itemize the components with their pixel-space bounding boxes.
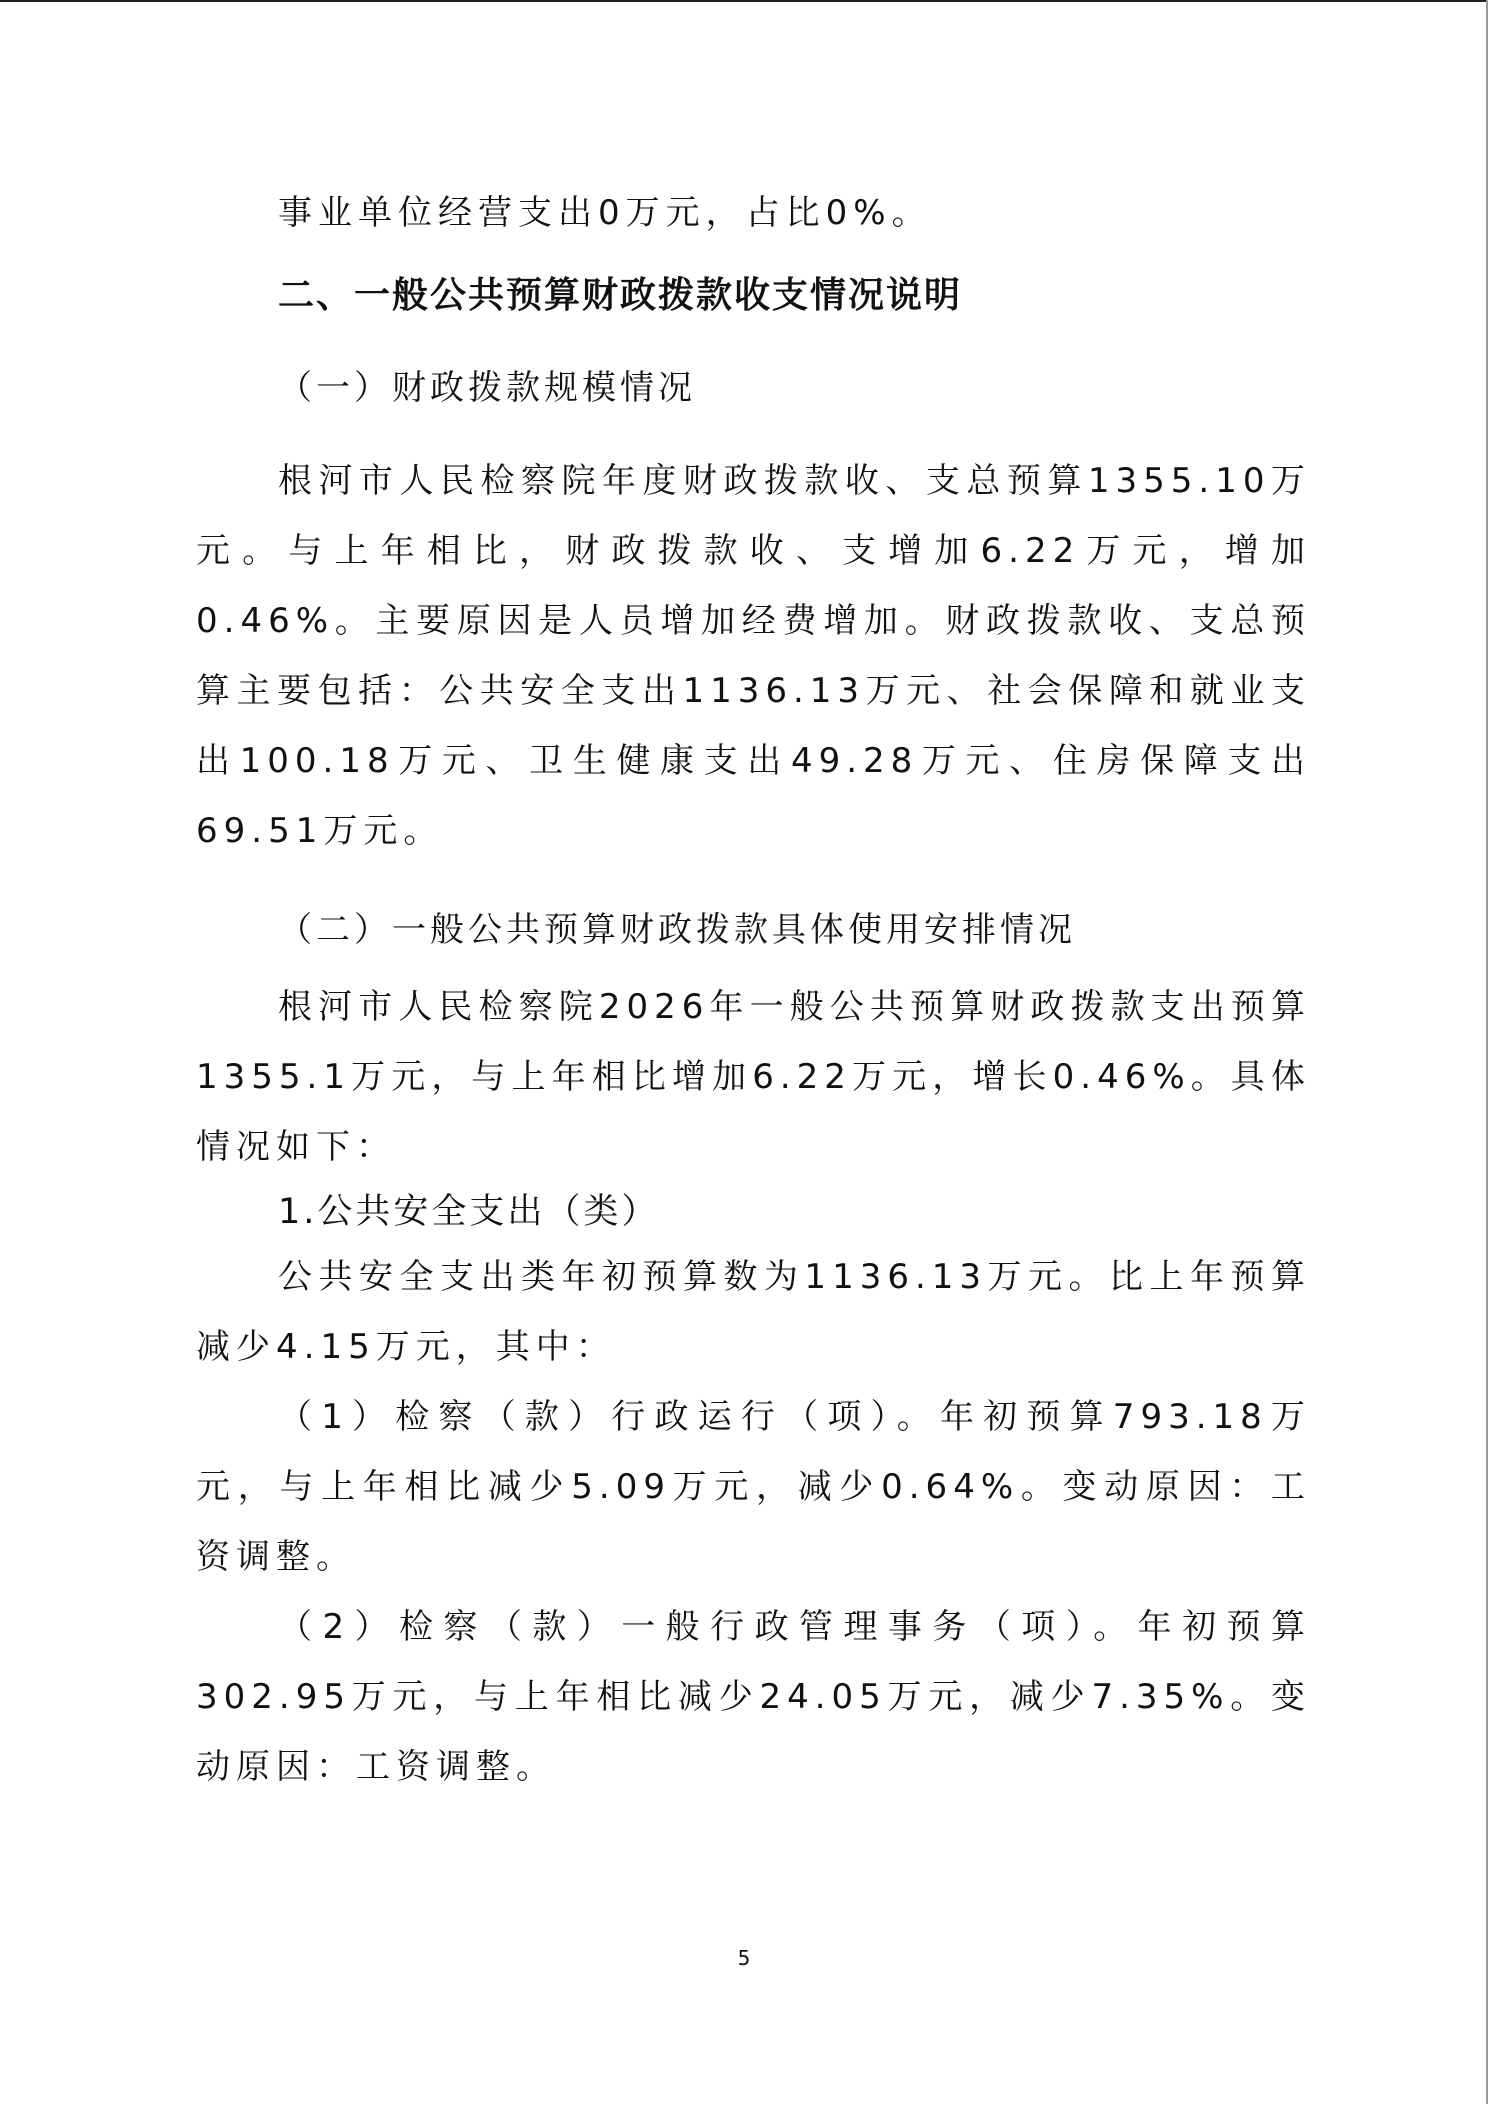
page-border: [0, 0, 1488, 2]
paragraph: （1）检察（款）行政运行（项）。年初预算793.18万元，与上年相比减少5.09…: [196, 1382, 1311, 1592]
paragraph: （2）检察（款）一般行政管理事务（项）。年初预算302.95万元，与上年相比减少…: [196, 1592, 1311, 1802]
paragraph: 根河市人民检察院2026年一般公共预算财政拨款支出预算1355.1万元，与上年相…: [196, 972, 1311, 1182]
page-number: 5: [0, 1946, 1488, 1970]
section-heading: 二、一般公共预算财政拨款收支情况说明: [196, 268, 1311, 324]
document-body: 事业单位经营支出0万元，占比0%。 二、一般公共预算财政拨款收支情况说明 （一）…: [196, 178, 1311, 1802]
item-heading: 1.公共安全支出（类）: [196, 1182, 1311, 1242]
subsection-heading: （一）财政拨款规模情况: [196, 360, 1311, 416]
subsection-heading: （二）一般公共预算财政拨款具体使用安排情况: [196, 902, 1311, 958]
paragraph: 根河市人民检察院年度财政拨款收、支总预算1355.10万元。与上年相比，财政拨款…: [196, 446, 1311, 866]
intro-line: 事业单位经营支出0万元，占比0%。: [196, 178, 1311, 248]
paragraph: 公共安全支出类年初预算数为1136.13万元。比上年预算减少4.15万元，其中：: [196, 1242, 1311, 1382]
